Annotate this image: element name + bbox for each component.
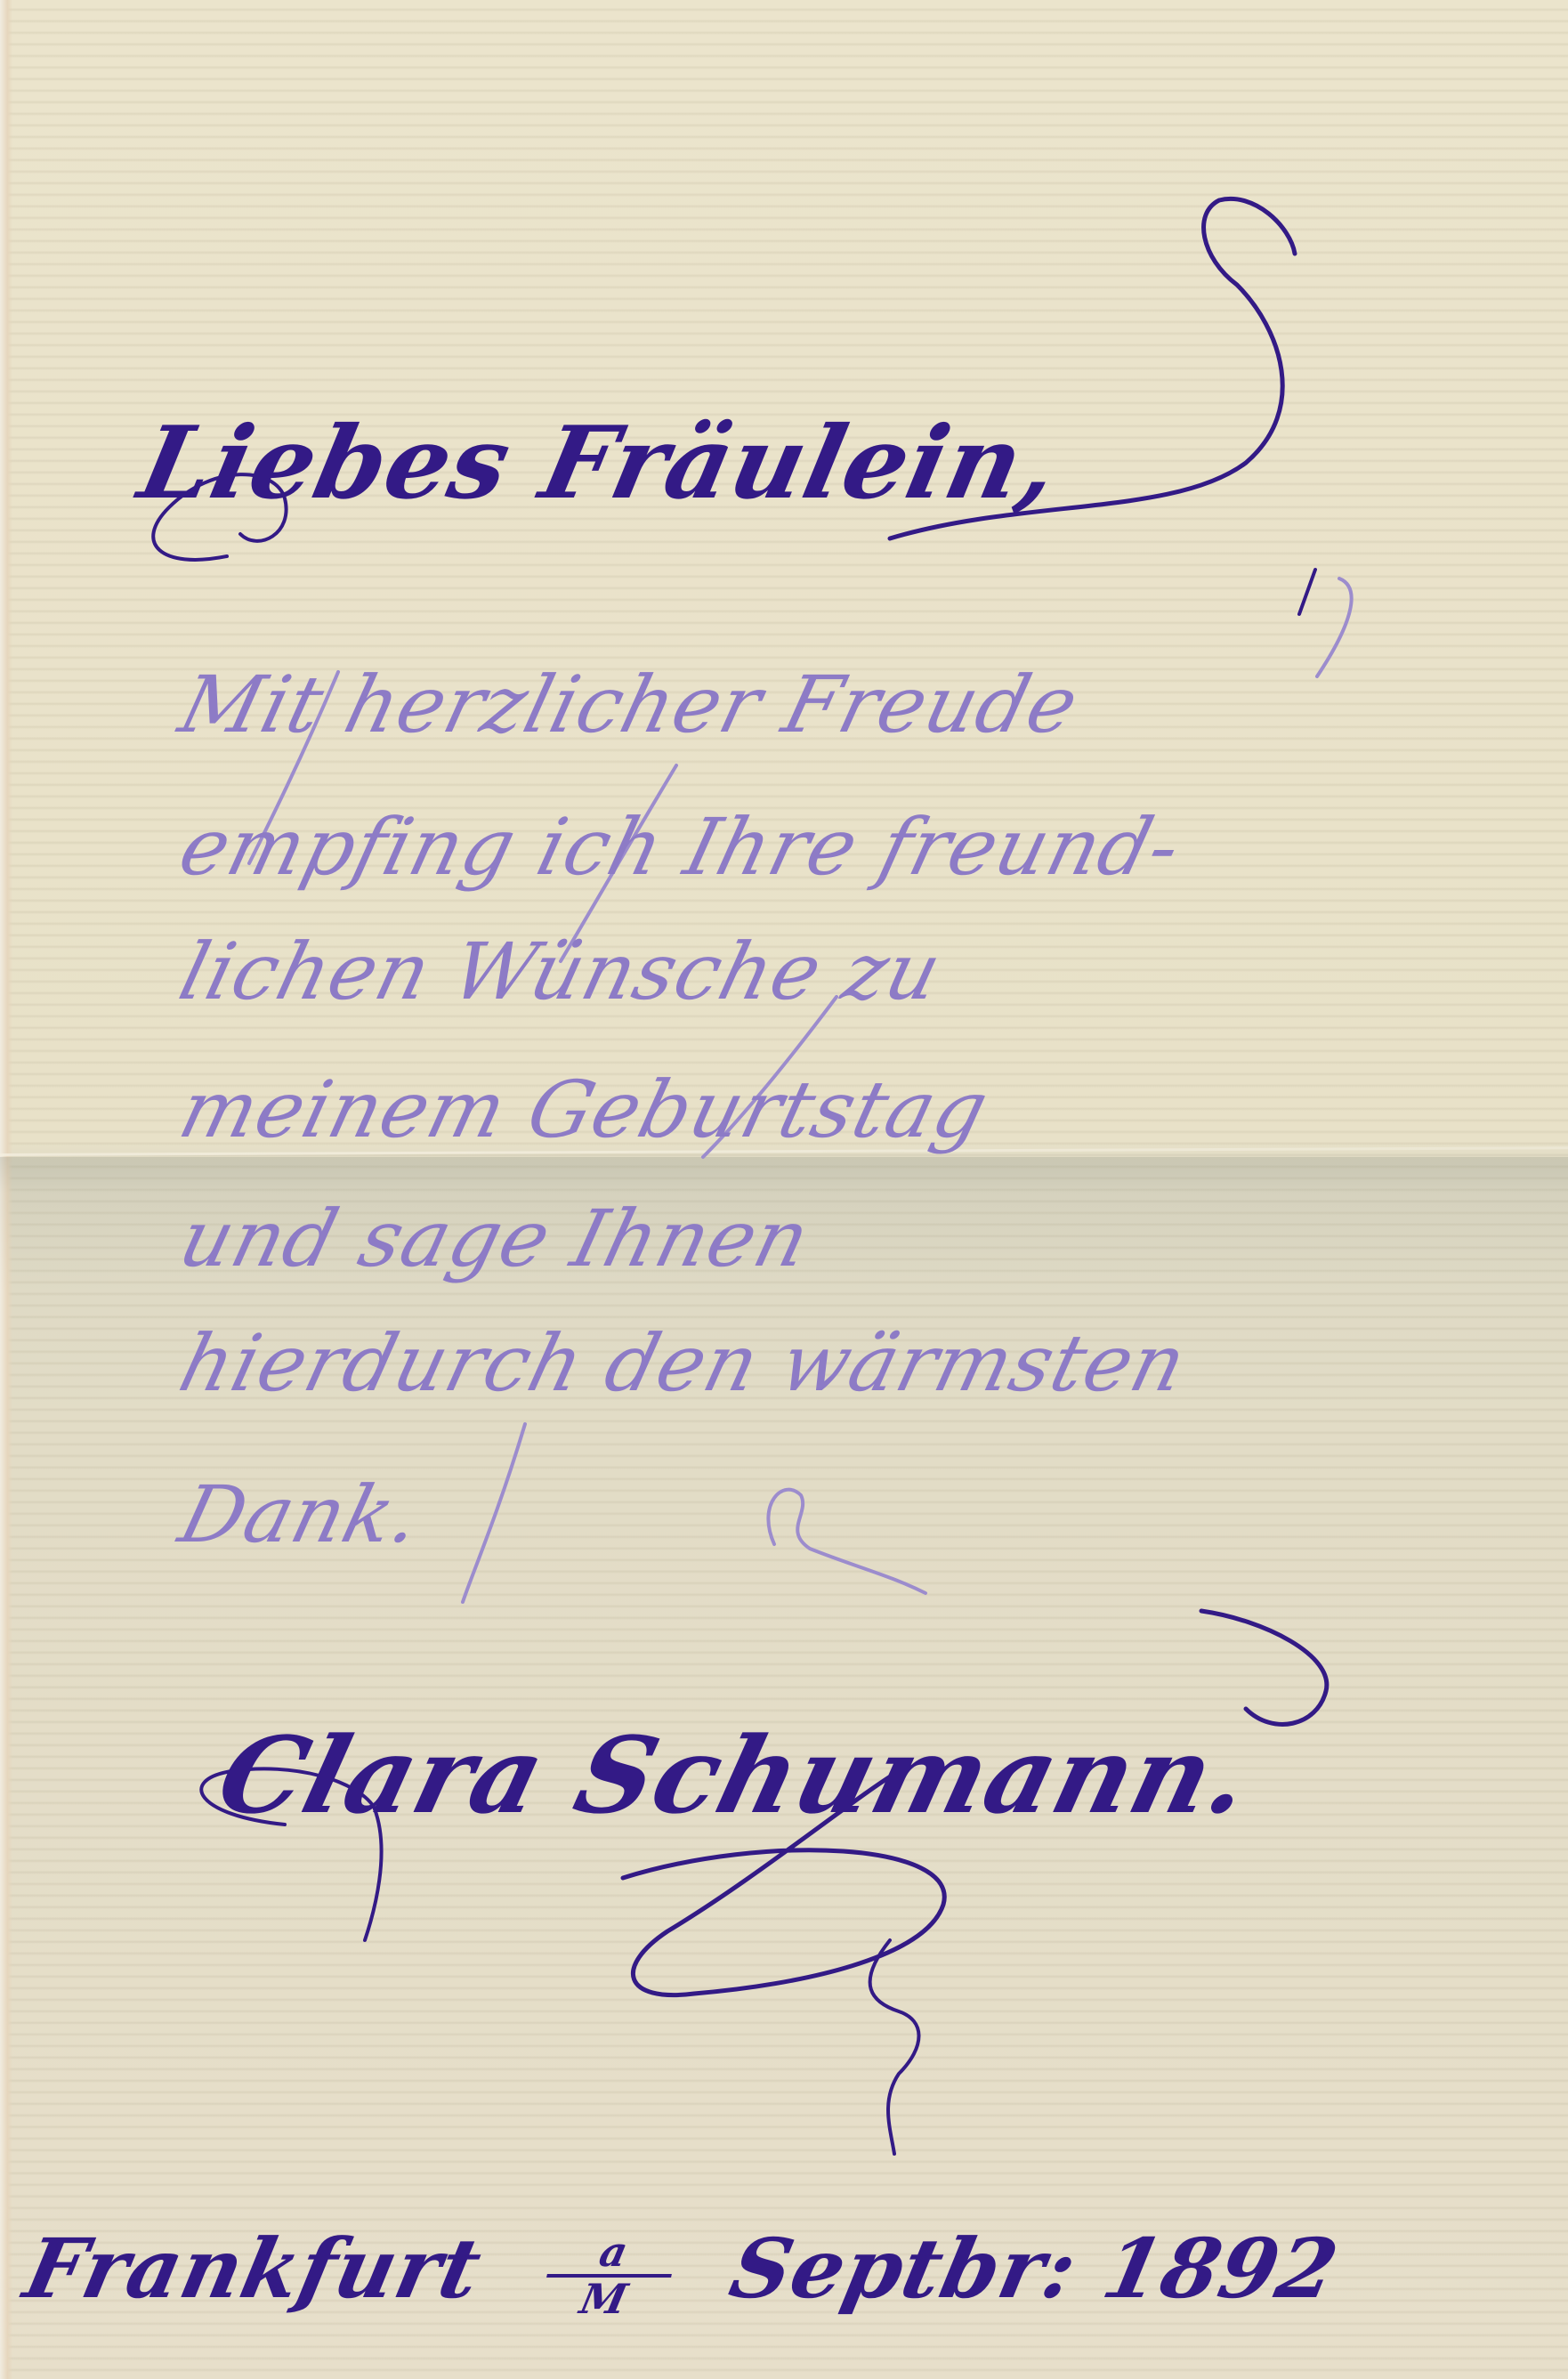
letter-body-line: und sage Ihnen — [171, 1193, 819, 1284]
letter-place-date: Frankfurt a M Septbr: 1892 — [16, 2221, 1346, 2318]
letter-body-line: hierdurch den wärmsten — [171, 1317, 1195, 1409]
letter-place-suffix: a M — [537, 2234, 680, 2318]
letter-body-line: meinem Geburtstag — [171, 1064, 998, 1155]
letter-page: Liebes Fräulein, Mit herzlicher Freude e… — [0, 0, 1568, 2379]
letter-place: Frankfurt — [17, 2221, 490, 2317]
letter-place-suffix-top: a — [548, 2234, 681, 2270]
letter-signature: Clara Schumann. — [207, 1713, 1264, 1837]
body-descender-5 — [463, 1424, 525, 1602]
letter-body-line: empfing ich Ihre freund- — [171, 801, 1190, 893]
signature-flourish-top — [1201, 1611, 1327, 1724]
body-descender-3 — [1317, 579, 1352, 676]
signature-tail — [870, 1940, 919, 2154]
letter-salutation: Liebes Fräulein, — [130, 405, 1069, 522]
salutation-comma — [1299, 570, 1315, 614]
letter-body-line: lichen Wünsche zu — [171, 926, 950, 1017]
letter-body-line: Dank. — [171, 1469, 431, 1560]
letter-place-suffix-bottom: M — [537, 2281, 670, 2318]
dank-flourish — [768, 1490, 925, 1593]
letter-date: Septbr: 1892 — [723, 2221, 1347, 2317]
letter-body-line: Mit herzlicher Freude — [171, 659, 1087, 750]
